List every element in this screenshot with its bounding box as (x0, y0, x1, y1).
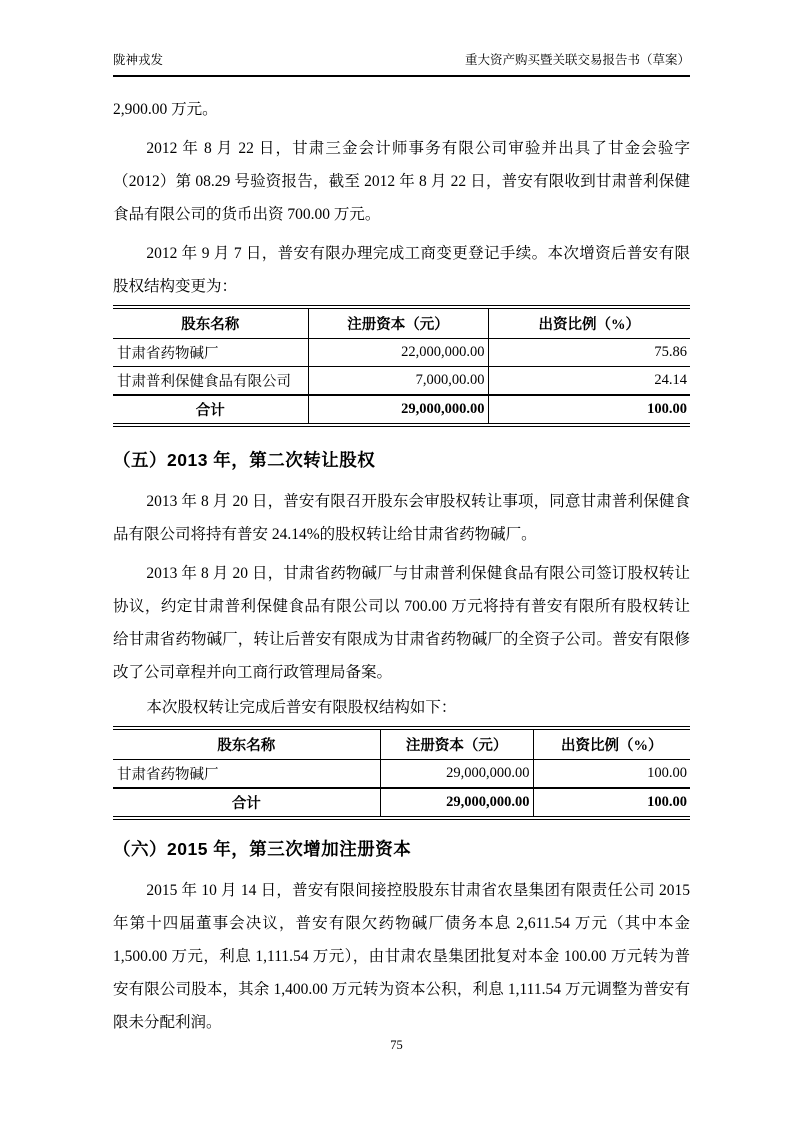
paragraph-2013-resolution: 2013 年 8 月 20 日，普安有限召开股东会审股权转让事项，同意甘肃普利保… (113, 485, 690, 551)
section-heading-5: （五）2013 年，第二次转让股权 (113, 449, 690, 471)
contribution-ratio-value: 100.00 (533, 760, 690, 789)
shareholder-name: 甘肃普利保健食品有限公司 (113, 367, 308, 396)
table-header-row: 股东名称 注册资本（元） 出资比例（%） (113, 728, 690, 760)
table-row: 甘肃普利保健食品有限公司 7,000,00.00 24.14 (113, 367, 690, 396)
page-number: 75 (0, 1038, 793, 1053)
col-header-registered-capital: 注册资本（元） (380, 728, 533, 760)
registered-capital-value: 7,000,00.00 (308, 367, 488, 396)
header-right-title: 重大资产购买暨关联交易报告书（草案） (465, 50, 690, 68)
total-label: 合计 (113, 788, 380, 818)
table-total-row: 合计 29,000,000.00 100.00 (113, 788, 690, 818)
col-header-shareholder: 股东名称 (113, 728, 380, 760)
shareholding-table-2012: 股东名称 注册资本（元） 出资比例（%） 甘肃省药物碱厂 22,000,000.… (113, 305, 690, 427)
col-header-registered-capital: 注册资本（元） (308, 307, 488, 339)
table-header-row: 股东名称 注册资本（元） 出资比例（%） (113, 307, 690, 339)
table-total-row: 合计 29,000,000.00 100.00 (113, 395, 690, 425)
paragraph-2015-capital-increase: 2015 年 10 月 14 日，普安有限间接控股股东甘肃省农垦集团有限责任公司… (113, 874, 690, 1039)
col-header-contribution-ratio: 出资比例（%） (533, 728, 690, 760)
paragraph-2013-transfer-agreement: 2013 年 8 月 20 日，甘肃省药物碱厂与甘肃普利保健食品有限公司签订股权… (113, 557, 690, 689)
shareholder-name: 甘肃省药物碱厂 (113, 339, 308, 367)
total-contribution-ratio: 100.00 (533, 788, 690, 818)
table2-intro-line: 本次股权转让完成后普安有限股权结构如下： (113, 691, 690, 724)
col-header-contribution-ratio: 出资比例（%） (488, 307, 690, 339)
table-row: 甘肃省药物碱厂 22,000,000.00 75.86 (113, 339, 690, 367)
paragraph-2012-audit: 2012 年 8 月 22 日，甘肃三金会计师事务有限公司审验并出具了甘金会验字… (113, 132, 690, 231)
page-header: 陇神戎发 重大资产购买暨关联交易报告书（草案） (113, 50, 690, 77)
registered-capital-value: 22,000,000.00 (308, 339, 488, 367)
contribution-ratio-value: 24.14 (488, 367, 690, 396)
total-contribution-ratio: 100.00 (488, 395, 690, 425)
document-page: 陇神戎发 重大资产购买暨关联交易报告书（草案） 2,900.00 万元。 201… (0, 0, 793, 1122)
total-registered-capital: 29,000,000.00 (308, 395, 488, 425)
contribution-ratio-value: 75.86 (488, 339, 690, 367)
header-left-title: 陇神戎发 (113, 50, 163, 68)
total-registered-capital: 29,000,000.00 (380, 788, 533, 818)
col-header-shareholder: 股东名称 (113, 307, 308, 339)
shareholder-name: 甘肃省药物碱厂 (113, 760, 380, 789)
registered-capital-value: 29,000,000.00 (380, 760, 533, 789)
shareholding-table-2013: 股东名称 注册资本（元） 出资比例（%） 甘肃省药物碱厂 29,000,000.… (113, 726, 690, 820)
paragraph-2012-registration: 2012 年 9 月 7 日，普安有限办理完成工商变更登记手续。本次增资后普安有… (113, 237, 690, 303)
section-heading-6: （六）2015 年，第三次增加注册资本 (113, 838, 690, 860)
table-row: 甘肃省药物碱厂 29,000,000.00 100.00 (113, 760, 690, 789)
total-label: 合计 (113, 395, 308, 425)
carryover-line: 2,900.00 万元。 (113, 93, 690, 126)
